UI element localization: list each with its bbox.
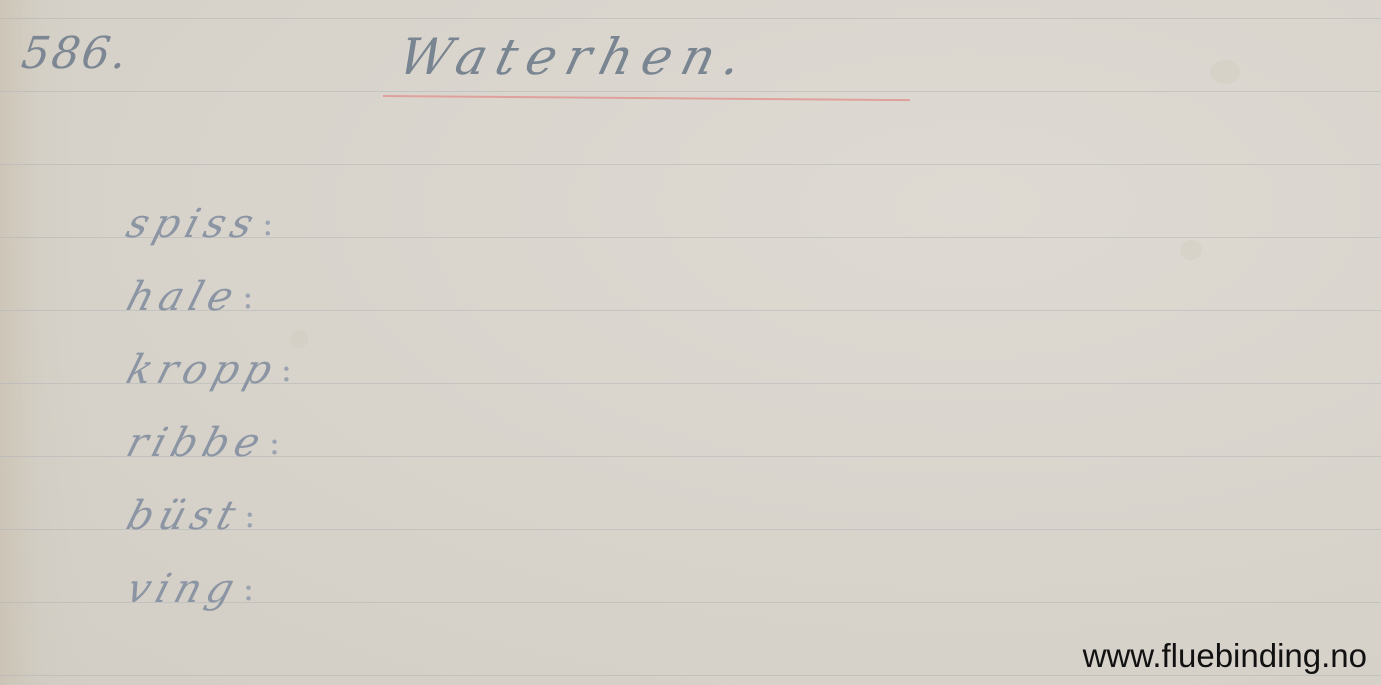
ruled-line (0, 164, 1381, 165)
field-label: ving (121, 565, 246, 613)
watermark-url: www.fluebinding.no (1083, 637, 1367, 675)
entry-number: 586. (18, 28, 131, 79)
field-row-hale: hale : (128, 273, 492, 346)
notebook-page: 586. Waterhen. spiss : hale : kropp : ri… (0, 0, 1381, 685)
title-underline (383, 95, 910, 101)
field-row-kropp: kropp : (128, 346, 492, 419)
field-label: spiss (121, 200, 265, 248)
field-label: büst (121, 492, 247, 540)
field-row-ribbe: ribbe : (128, 419, 492, 492)
field-row-ving: ving : (128, 565, 492, 638)
field-colon: : (242, 273, 253, 321)
ruled-line (0, 18, 1381, 19)
entry-title: Waterhen. (393, 28, 758, 86)
field-value (273, 200, 473, 240)
field-colon: : (269, 419, 280, 467)
field-label: kropp (121, 346, 283, 394)
ruled-line (0, 675, 1381, 676)
field-label: hale (121, 273, 245, 321)
field-value (280, 419, 480, 459)
field-colon: : (262, 200, 273, 248)
ruled-line (0, 91, 1381, 92)
field-value (254, 565, 454, 605)
field-value (254, 273, 454, 313)
field-colon: : (244, 492, 255, 540)
field-list: spiss : hale : kropp : ribbe : büst : vi… (128, 200, 492, 638)
field-label: ribbe (121, 419, 272, 467)
field-colon: : (243, 565, 254, 613)
paper-stain (1210, 60, 1240, 84)
field-row-bust: büst : (128, 492, 492, 565)
paper-stain (1180, 240, 1202, 260)
field-row-spiss: spiss : (128, 200, 492, 273)
field-value (292, 346, 492, 386)
field-value (255, 492, 455, 532)
field-colon: : (281, 346, 292, 394)
